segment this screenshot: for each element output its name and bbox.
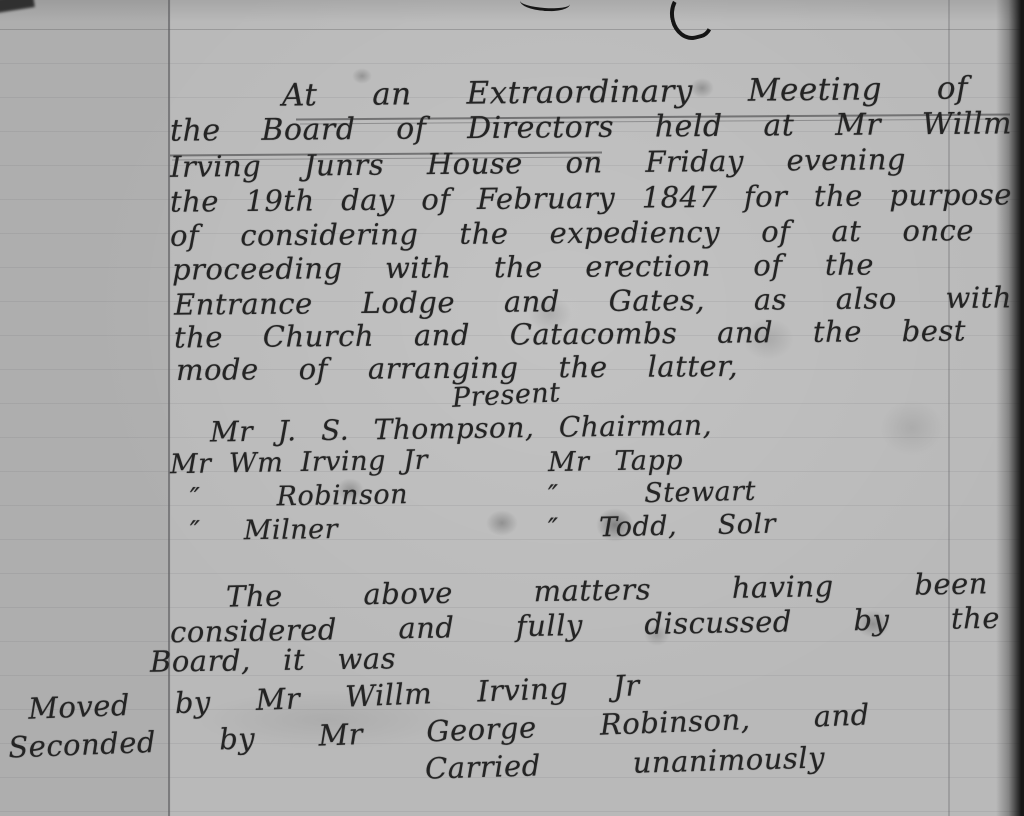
- top-ruled-line: [0, 29, 1024, 30]
- resolution-line: Board, it was: [150, 641, 396, 678]
- scan-artifact-top-left: [0, 0, 35, 13]
- attendee-left: Mr Wm Irving Jr: [170, 445, 429, 480]
- stain-spot: [880, 400, 944, 456]
- body-line: mode of arranging the latter,: [176, 349, 738, 387]
- attendee-right: Mr Tapp: [548, 445, 684, 478]
- attendee-left: ″ Milner: [190, 514, 338, 547]
- attendee-right: ″ Stewart: [548, 476, 757, 511]
- cutoff-pen-stroke-left: [519, 0, 570, 13]
- body-line: the 19th day of February 1847 for the pu…: [170, 177, 1012, 218]
- carried-line: Carried unanimously: [425, 740, 826, 785]
- attendee-right: ″ Todd, Solr: [548, 509, 777, 545]
- body-line: Irving Junrs House on Friday evening: [170, 142, 906, 184]
- body-line: the Church and Catacombs and the best: [174, 314, 966, 355]
- stain-spot: [486, 510, 518, 536]
- present-label: Present: [451, 377, 561, 414]
- attendee-chairman: Mr J. S. Thompson, Chairman,: [210, 408, 712, 448]
- cutoff-pen-stroke-right: [665, 0, 718, 44]
- attendee-left: ″ Robinson: [190, 479, 409, 514]
- manuscript-page: At an Extraordinary Meeting of the Board…: [0, 0, 1024, 816]
- body-line: proceeding with the erection of the: [172, 248, 874, 287]
